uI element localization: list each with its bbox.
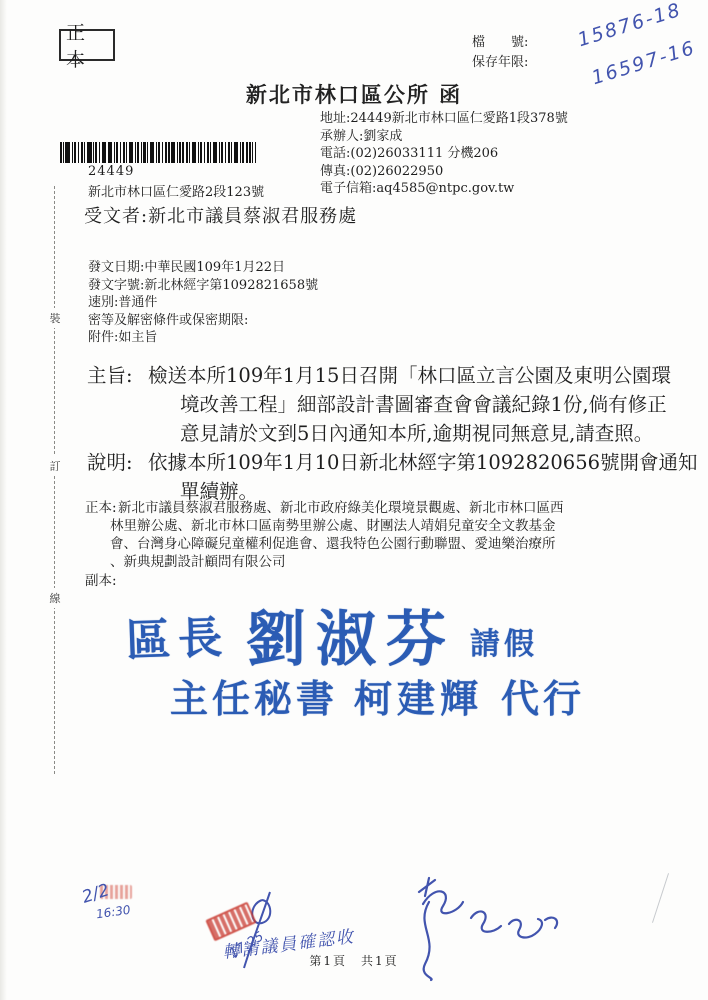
postal-code: 24449 [88,164,134,179]
meta-doc-number: 發文字號:新北林經字第1092821658號 [88,277,318,295]
deputy-status: 代行 [501,668,585,723]
recipient-line: 受文者:新北市議員蔡淑君服務處 [84,202,357,228]
original-copy-line: 、新典規劃設計顧問有限公司 [110,553,564,571]
explanation-paragraph: 說明: 依據本所109年1月10日新北林經字第1092820656號開會通知 單… [87,448,698,506]
binding-mark-xian: 線 [48,588,62,608]
signature-stamp-line1: 區長 劉淑芬 請假 [126,592,538,678]
retention-label: 保存年限: [472,53,528,73]
scanned-official-letter: 正本 檔 號: 保存年限: 15876-18 16597-16 新北市林口區公所… [0,0,708,1000]
carbon-copy-label: 副本: [85,572,118,590]
sender-phone: 電話:(02)26033111 分機206 [320,145,568,163]
meta-date: 發文日期:中華民國109年1月22日 [88,259,318,277]
explanation-line: 依據本所109年1月10日新北林經字第1092820656號開會通知 [148,448,698,477]
sender-contact: 承辦人:劉家成 [320,128,568,146]
signature-stamp-line2: 主任秘書 柯建輝 代行 [170,668,585,723]
page-number: 第1頁 共1頁 [0,952,708,969]
deputy-title: 主任秘書 [170,668,338,723]
deputy-name: 柯建輝 [354,668,483,723]
binding-mark-ding: 訂 [48,456,62,476]
sender-info-block: 地址:24449新北市林口區仁愛路1段378號 承辦人:劉家成 電話:(02)2… [320,110,568,198]
subject-line: 意見請於文到5日內通知本所,逾期視同無意見,請查照。 [180,419,671,448]
original-copy-block: 正本: 新北市議員蔡淑君服務處、新北市政府綠美化環境景觀處、新北市林口區西 林里… [85,499,564,571]
meta-speed: 速別:普通件 [88,294,318,312]
scan-edge-artifact [0,0,7,1000]
signer-status: 請假 [470,619,538,663]
archive-block: 檔 號: 保存年限: [472,33,528,73]
handwritten-date: 2/2 [80,880,112,907]
meta-attachment: 附件:如主旨 [88,329,318,347]
signer-title: 區長 [125,601,231,669]
recipient-address: 新北市林口區仁愛路2段123號 [88,181,264,200]
subject-paragraph: 主旨: 檢送本所109年1月15日召開「林口區立言公園及東明公園環 境改善工程」… [87,361,671,448]
carbon-copy-block: 副本: [85,572,118,590]
original-copy-line: 林里辦公處、新北市林口區南勢里辦公處、財團法人靖娟兒童安全文教基金 [110,517,564,535]
binding-mark-zhuang: 裝 [48,308,62,328]
meta-security: 密等及解密條件或保密期限: [88,312,318,330]
file-no-label: 檔 號: [472,33,528,53]
scan-stray-line [652,873,669,923]
original-copy-line: 會、台灣身心障礙兒童權利促進會、還我特色公園行動聯盟、愛迪樂治療所 [110,535,564,553]
subject-line: 境改善工程」細部設計書圖審查會會議紀錄1份,倘有修正 [180,390,671,419]
original-copy-line: 新北市議員蔡淑君服務處、新北市政府綠美化環境景觀處、新北市林口區西 [118,499,564,517]
barcode [60,142,256,163]
sender-fax: 傳真:(02)26022950 [320,163,568,181]
subject-label: 主旨: [87,361,148,448]
sender-email: 電子信箱:aq4585@ntpc.gov.tw [320,180,568,198]
meta-block: 發文日期:中華民國109年1月22日 發文字號:新北林經字第1092821658… [88,259,318,347]
signer-name: 劉淑芬 [246,592,456,678]
subject-line: 檢送本所109年1月15日召開「林口區立言公園及東明公園環 [148,361,671,390]
sender-address: 地址:24449新北市林口區仁愛路1段378號 [320,110,568,128]
binding-dashed-line [54,186,55,774]
copy-type-stamp: 正本 [59,29,115,61]
explanation-label: 說明: [87,448,148,506]
page-title: 新北市林口區公所 函 [0,79,708,109]
handwritten-time-left: 16:30 [95,903,131,922]
